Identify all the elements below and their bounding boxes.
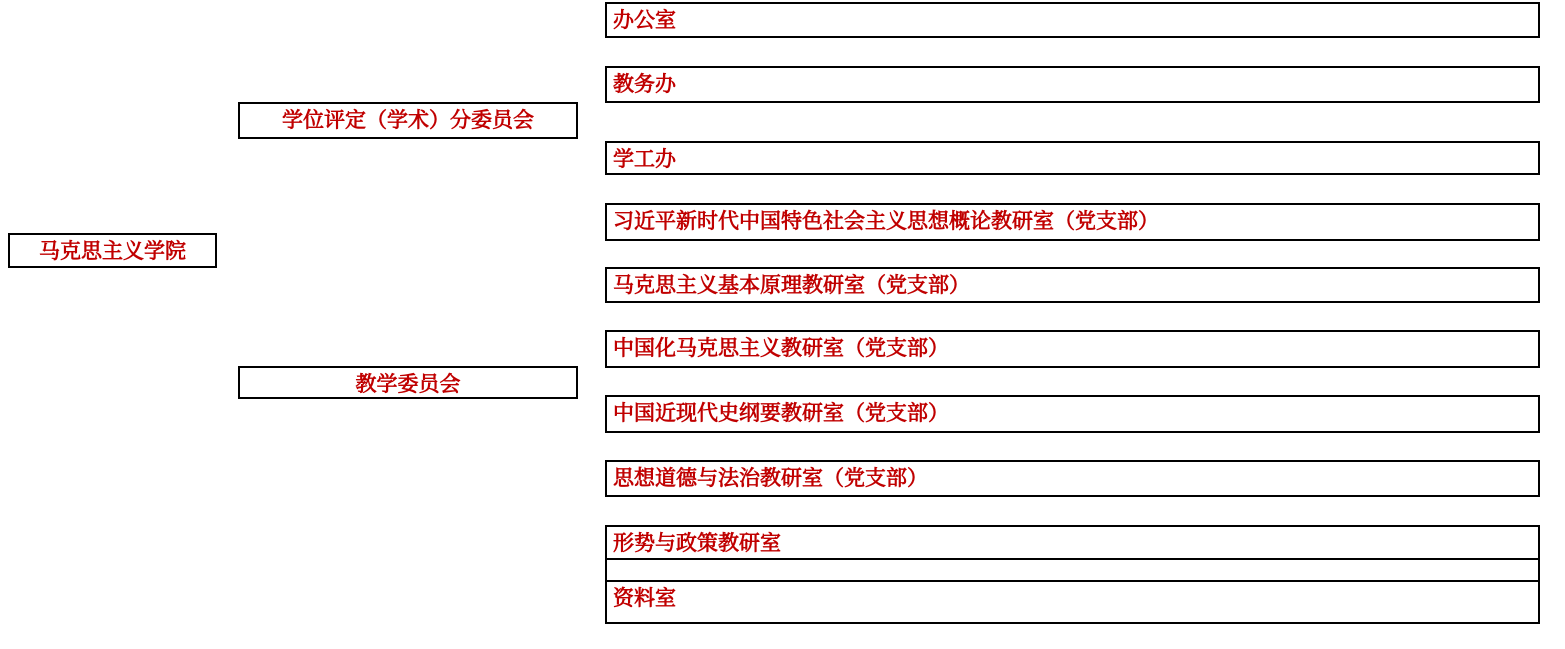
org-node-office: 办公室 <box>605 2 1540 38</box>
org-node-degree-committee: 学位评定（学术）分委员会 <box>238 102 578 139</box>
org-node-academic-affairs-office: 教务办 <box>605 66 1540 103</box>
org-node-reference-room: 资料室 <box>607 582 1538 622</box>
org-chart: 马克思主义学院 学位评定（学术）分委员会 教学委员会 办公室 教务办 学工办 习… <box>0 0 1565 649</box>
org-node-situation-policy-teaching-section: 形势与政策教研室 <box>607 527 1538 560</box>
org-node-ideology-morality-law-teaching-section: 思想道德与法治教研室（党支部） <box>605 460 1540 497</box>
org-node-xi-thought-teaching-section: 习近平新时代中国特色社会主义思想概论教研室（党支部） <box>605 203 1540 241</box>
org-node-college: 马克思主义学院 <box>8 233 217 268</box>
org-node-marxism-principles-teaching-section: 马克思主义基本原理教研室（党支部） <box>605 267 1540 303</box>
org-node-student-affairs-office: 学工办 <box>605 141 1540 175</box>
org-node-sinicized-marxism-teaching-section: 中国化马克思主义教研室（党支部） <box>605 330 1540 368</box>
org-node-teaching-committee: 教学委员会 <box>238 366 578 399</box>
org-node-modern-chinese-history-teaching-section: 中国近现代史纲要教研室（党支部） <box>605 395 1540 433</box>
org-node-empty-row <box>607 560 1538 582</box>
org-node-bottom-group: 形势与政策教研室 资料室 <box>605 525 1540 624</box>
